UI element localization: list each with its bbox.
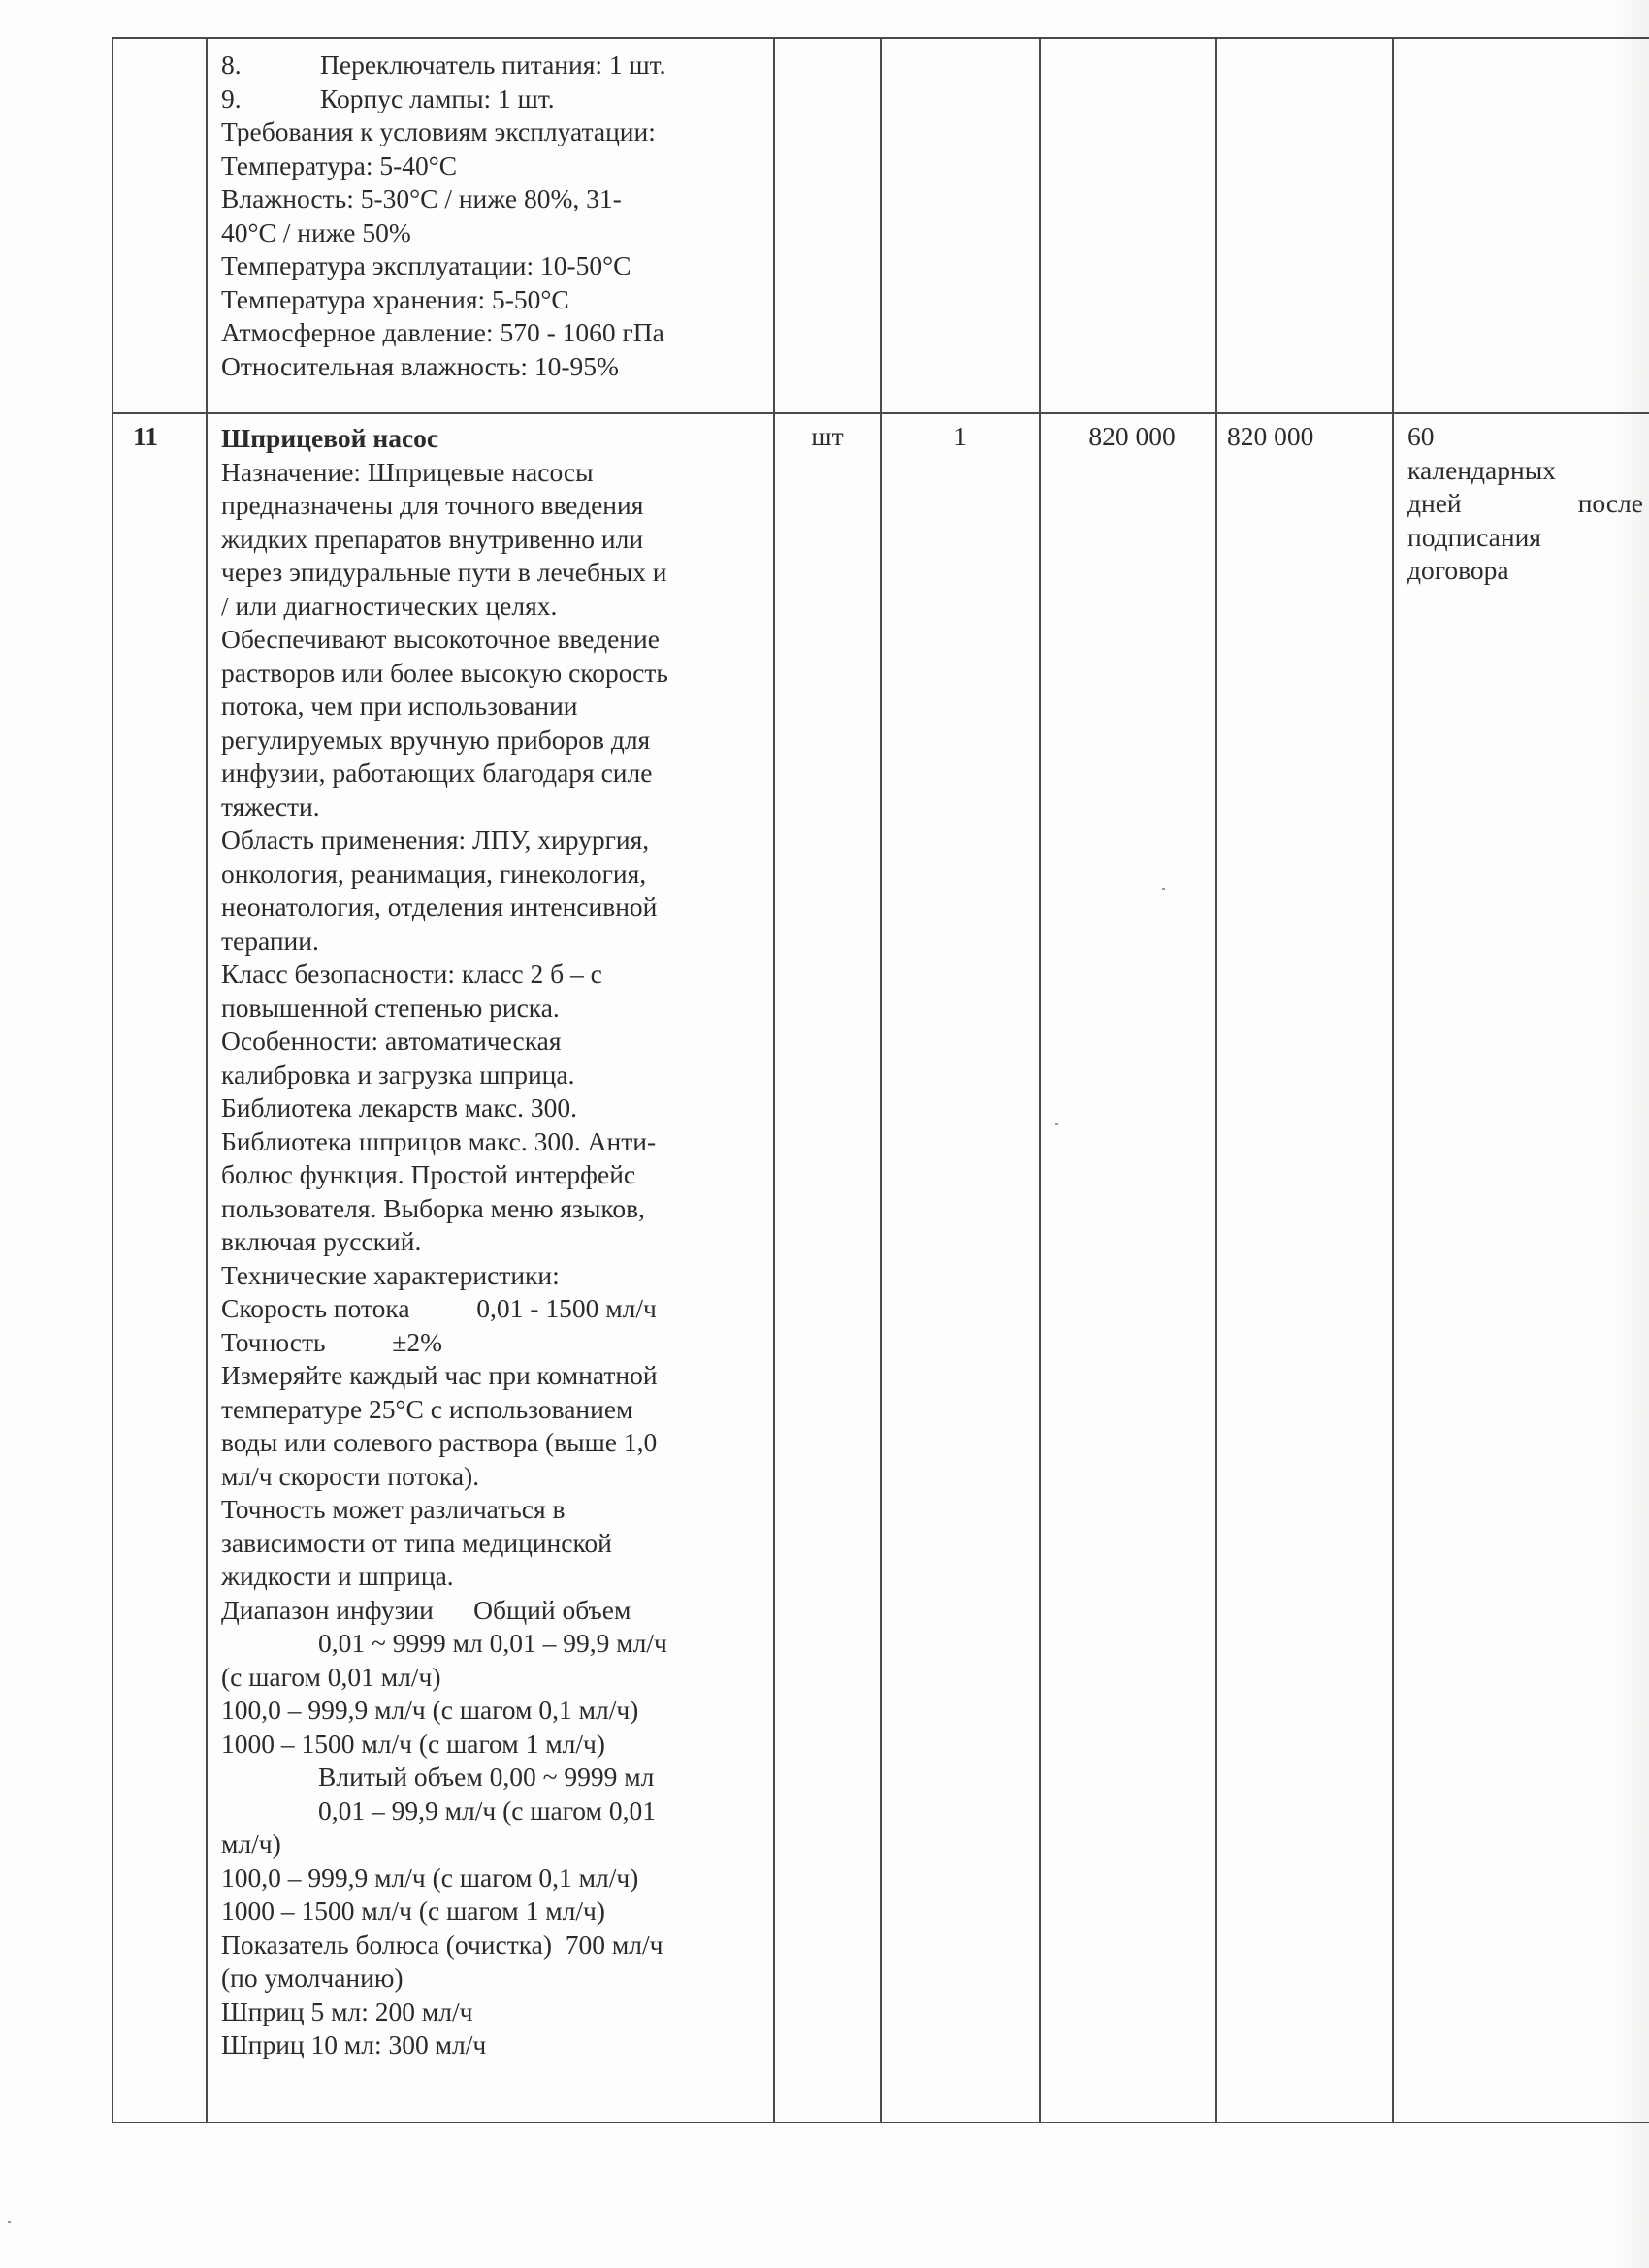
enum-number: 8.: [221, 49, 320, 82]
quantity-value: 1: [882, 414, 1039, 454]
description-line: Особенности: автоматическая: [221, 1024, 761, 1058]
description-line: 100,0 – 999,9 мл/ч (с шагом 0,1 мл/ч): [221, 1694, 761, 1728]
description-line: 40°C / ниже 50%: [221, 216, 761, 250]
item-number: 11: [113, 414, 206, 454]
cell-sum: [1216, 38, 1393, 413]
description-line: 100,0 – 999,9 мл/ч (с шагом 0,1 мл/ч): [221, 1862, 761, 1895]
description-line: включая русский.: [221, 1225, 761, 1259]
description-line: Влитый объем 0,00 ~ 9999 мл: [221, 1761, 761, 1795]
description-text: Шприцевой насос Назначение: Шприцевые на…: [208, 414, 773, 2062]
description-line: температуре 25°C с использованием: [221, 1393, 761, 1427]
description-line: (по умолчанию): [221, 1961, 761, 1995]
description-line: мл/ч): [221, 1828, 761, 1862]
description-line: Технические характеристики:: [221, 1259, 761, 1293]
description-line: Температура: 5-40°C: [221, 149, 761, 183]
description-line: мл/ч скорости потока).: [221, 1460, 761, 1494]
description-line: пользователя. Выборка меню языков,: [221, 1192, 761, 1226]
description-line: предназначены для точного введения: [221, 489, 761, 523]
description-line: онкология, реанимация, гинекология,: [221, 858, 761, 891]
description-line: тяжести.: [221, 791, 761, 825]
description-line: Измеряйте каждый час при комнатной: [221, 1359, 761, 1393]
cell-quantity: [881, 38, 1040, 413]
description-line: 1000 – 1500 мл/ч (с шагом 1 мл/ч): [221, 1728, 761, 1762]
cell-unit: [774, 38, 881, 413]
cell-price: 820 000: [1040, 413, 1216, 2122]
description-line: Класс безопасности: класс 2 б – с: [221, 957, 761, 991]
description-line: инфузии, работающих благодаря силе: [221, 757, 761, 791]
description-line: 0,01 ~ 9999 мл 0,01 – 99,9 мл/ч: [221, 1627, 761, 1661]
description-line: повышенной степенью риска.: [221, 991, 761, 1025]
scan-speck: [8, 2221, 11, 2223]
specification-table: 8.Переключатель питания: 1 шт.9.Корпус л…: [112, 37, 1649, 2123]
description-line: Точность ±2%: [221, 1326, 761, 1360]
description-line: Скорость потока 0,01 - 1500 мл/ч: [221, 1292, 761, 1326]
description-line: Показатель болюса (очистка) 700 мл/ч: [221, 1928, 761, 1962]
scan-speck: [1055, 1123, 1058, 1125]
description-line: жидкости и шприца.: [221, 1560, 761, 1594]
description-line: зависимости от типа медицинской: [221, 1527, 761, 1561]
description-line: Относительная влажность: 10-95%: [221, 350, 761, 384]
description-line: Температура хранения: 5-50°C: [221, 283, 761, 317]
description-line: болюс функция. Простой интерфейс: [221, 1158, 761, 1192]
sum-value: 820 000: [1217, 414, 1392, 454]
description-line: Библиотека шприцов макс. 300. Анти-: [221, 1125, 761, 1159]
description-line: / или диагностических целях.: [221, 590, 761, 624]
scan-speck: [1162, 888, 1165, 890]
table-row: 11 Шприцевой насос Назначение: Шприцевые…: [113, 413, 1649, 2122]
description-line: (с шагом 0,01 мл/ч): [221, 1661, 761, 1695]
cell-delivery-term: 60 календарных дней после подписания дог…: [1393, 413, 1649, 2122]
enum-text: Корпус лампы: 1 шт.: [320, 83, 555, 113]
description-line: Требования к условиям эксплуатации:: [221, 115, 761, 149]
description-line: Библиотека лекарств макс. 300.: [221, 1091, 761, 1125]
description-line: регулируемых вручную приборов для: [221, 724, 761, 758]
description-line: Атмосферное давление: 570 - 1060 гПа: [221, 316, 761, 350]
price-value: 820 000: [1041, 414, 1215, 454]
description-line: Температура эксплуатации: 10-50°C: [221, 249, 761, 283]
cell-price: [1040, 38, 1216, 413]
description-line: Диапазон инфузии Общий объем: [221, 1594, 761, 1628]
table-row: 8.Переключатель питания: 1 шт.9.Корпус л…: [113, 38, 1649, 413]
description-text: 8.Переключатель питания: 1 шт.9.Корпус л…: [208, 39, 773, 383]
description-line: воды или солевого раствора (выше 1,0: [221, 1426, 761, 1460]
enumerated-item: 8.Переключатель питания: 1 шт.: [221, 49, 761, 82]
description-line: Точность может различаться в: [221, 1493, 761, 1527]
description-line: 0,01 – 99,9 мл/ч (с шагом 0,01: [221, 1795, 761, 1829]
description-line: Влажность: 5-30°C / ниже 80%, 31-: [221, 182, 761, 216]
description-line: потока, чем при использовании: [221, 690, 761, 724]
description-line: через эпидуральные пути в лечебных и: [221, 556, 761, 590]
item-title: Шприцевой насос: [221, 422, 761, 456]
description-line: терапии.: [221, 924, 761, 958]
cell-quantity: 1: [881, 413, 1040, 2122]
description-line: Область применения: ЛПУ, хирургия,: [221, 824, 761, 858]
enum-text: Переключатель питания: 1 шт.: [320, 49, 666, 80]
cell-description: Шприцевой насос Назначение: Шприцевые на…: [207, 413, 774, 2122]
enumerated-item: 9.Корпус лампы: 1 шт.: [221, 82, 761, 116]
description-line: Шприц 5 мл: 200 мл/ч: [221, 1995, 761, 2029]
cell-number: [113, 38, 207, 413]
delivery-term-text: 60 календарных дней после подписания дог…: [1394, 414, 1649, 588]
enum-number: 9.: [221, 82, 320, 116]
description-line: Назначение: Шприцевые насосы: [221, 456, 761, 490]
cell-description: 8.Переключатель питания: 1 шт.9.Корпус л…: [207, 38, 774, 413]
cell-number: 11: [113, 413, 207, 2122]
cell-unit: шт: [774, 413, 881, 2122]
cell-delivery-term: [1393, 38, 1649, 413]
unit-value: шт: [775, 414, 880, 454]
description-line: калибровка и загрузка шприца.: [221, 1058, 761, 1092]
description-line: неонатология, отделения интенсивной: [221, 891, 761, 924]
description-line: жидких препаратов внутривенно или: [221, 523, 761, 557]
cell-sum: 820 000: [1216, 413, 1393, 2122]
description-line: растворов или более высокую скорость: [221, 657, 761, 691]
description-line: Обеспечивают высокоточное введение: [221, 623, 761, 657]
description-line: Шприц 10 мл: 300 мл/ч: [221, 2028, 761, 2062]
description-line: 1000 – 1500 мл/ч (с шагом 1 мл/ч): [221, 1895, 761, 1928]
